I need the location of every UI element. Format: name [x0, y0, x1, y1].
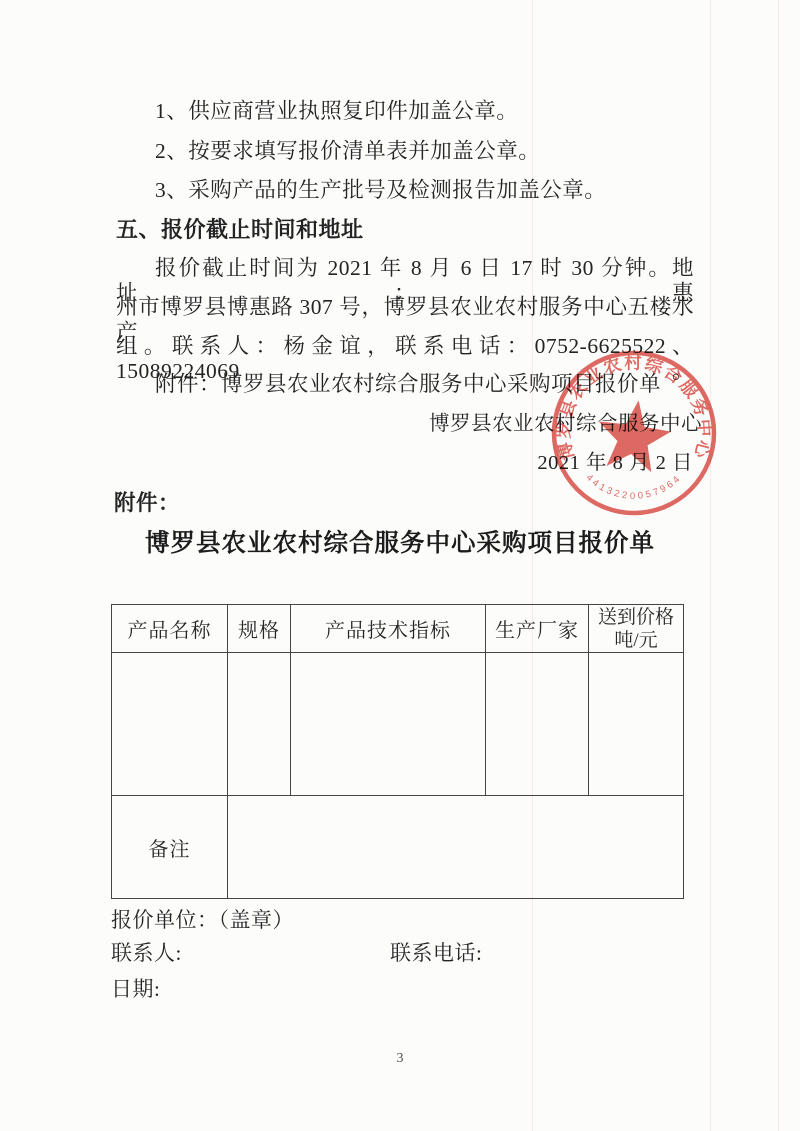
cell-manufacturer: [486, 653, 589, 796]
header-price-line2: 吨/元: [589, 629, 683, 652]
header-product-name: 产品名称: [112, 605, 228, 653]
cell-tech-spec: [291, 653, 486, 796]
header-delivered-price: 送到价格 吨/元: [589, 605, 684, 653]
scan-artifact-line: [778, 0, 779, 1131]
table-remark-row: 备注: [112, 796, 684, 899]
header-manufacturer: 生产厂家: [486, 605, 589, 653]
scan-artifact-line: [532, 0, 533, 1131]
quotation-table: 产品名称 规格 产品技术指标 生产厂家 送到价格 吨/元 备注: [111, 604, 684, 899]
list-item-1: 1、供应商营业执照复印件加盖公章。: [155, 99, 518, 124]
attachment-title: 博罗县农业农村综合服务中心采购项目报价单: [0, 531, 800, 556]
phone-label: 联系电话:: [390, 941, 482, 966]
page-number: 3: [0, 1046, 800, 1071]
list-item-2: 2、按要求填写报价清单表并加盖公章。: [155, 139, 540, 164]
header-price-line1: 送到价格: [589, 606, 683, 629]
scan-artifact-line: [710, 0, 711, 1131]
header-spec: 规格: [228, 605, 291, 653]
table-empty-row: [112, 653, 684, 796]
stamp-note: （盖章）: [219, 908, 295, 932]
document-page: 1、供应商营业执照复印件加盖公章。 2、按要求填写报价清单表并加盖公章。 3、采…: [0, 0, 800, 1131]
list-item-3: 3、采购产品的生产批号及检测报告加盖公章。: [155, 178, 606, 203]
cell-delivered-price: [589, 653, 684, 796]
cell-spec: [228, 653, 291, 796]
quote-unit-label: 报价单位：: [111, 908, 219, 932]
remark-value-cell: [228, 796, 684, 899]
official-seal-stamp: 博罗县农业农村综合服务中心 4413220057964: [549, 348, 719, 518]
contact-label: 联系人:: [111, 941, 182, 966]
attachment-label: 附件：: [114, 491, 180, 516]
section-heading: 五、报价截止时间和地址: [116, 217, 364, 242]
date-label: 日期:: [111, 977, 160, 1002]
quote-unit-line: 报价单位：（盖章）: [111, 908, 294, 933]
seal-star-icon: [593, 395, 675, 474]
svg-text:4413220057964: 4413220057964: [584, 472, 685, 502]
remark-label-cell: 备注: [112, 796, 228, 899]
header-tech-spec: 产品技术指标: [291, 605, 486, 653]
table-header-row: 产品名称 规格 产品技术指标 生产厂家 送到价格 吨/元: [112, 605, 684, 653]
seal-code-number: 4413220057964: [584, 472, 685, 502]
cell-product-name: [112, 653, 228, 796]
